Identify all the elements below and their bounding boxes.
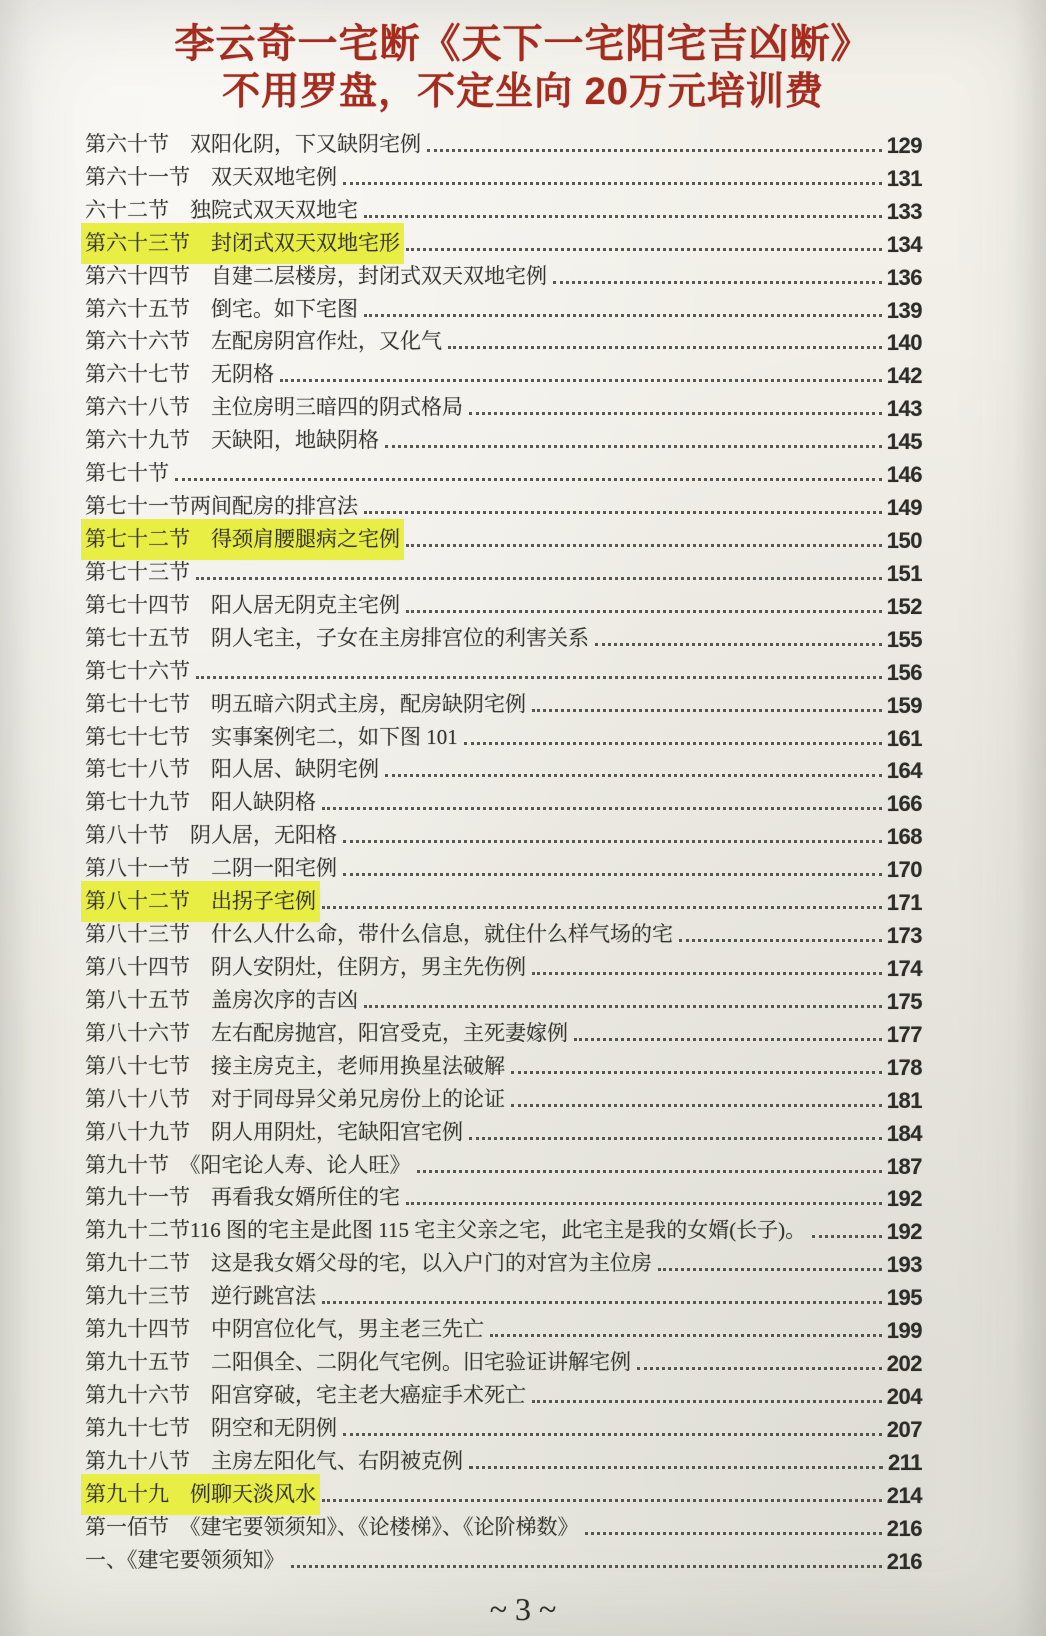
toc-dotted-leader xyxy=(343,840,882,843)
toc-entry: 第八十五节 盖房次序的吉凶 175 xyxy=(85,984,922,1017)
toc-entry-text: 第六十一节 双天双地宅例 xyxy=(85,161,337,194)
toc-dotted-leader xyxy=(469,412,882,415)
toc-entry: 第七十一节两间配房的排宫法 149 xyxy=(85,490,922,523)
toc-entry-text: 第七十一节两间配房的排宫法 xyxy=(85,490,358,523)
toc-entry: 第七十二节 得颈肩腰腿病之宅例 150 xyxy=(85,523,922,556)
toc-entry: 第八十一节 二阴一阳宅例 170 xyxy=(85,852,922,885)
toc-page-number: 192 xyxy=(887,1219,922,1247)
toc-entry-text: 一、《建宅要领须知》 xyxy=(85,1544,285,1577)
toc-entry: 六十二节 独院式双天双地宅 133 xyxy=(85,194,922,227)
toc-page-number: 149 xyxy=(887,495,922,523)
toc-page-number: 204 xyxy=(887,1384,922,1412)
toc-entry: 第六十一节 双天双地宅例 131 xyxy=(85,161,922,194)
toc-entry-text: 第九十六节 阳宫穿破，宅主老大癌症手术死亡 xyxy=(85,1379,526,1412)
toc-page-number: 178 xyxy=(887,1055,922,1083)
toc-page-number: 171 xyxy=(887,890,922,918)
toc-entry-text: 第九十二节116 图的宅主是此图 115 宅主父亲之宅，此宅主是我的女婿(长子)… xyxy=(85,1214,806,1247)
toc-entry-text: 第七十七节 明五暗六阴式主房，配房缺阴宅例 xyxy=(85,688,526,721)
toc-entry-text: 第九十四节 中阴宫位化气，男主老三先亡 xyxy=(85,1313,484,1346)
toc-entry: 第七十七节 实事案例宅二，如下图 101 161 xyxy=(85,721,922,754)
toc-entry-text: 第九十七节 阴空和无阴例 xyxy=(85,1412,337,1445)
toc-dotted-leader xyxy=(364,1005,882,1008)
toc-entry: 第九十六节 阳宫穿破，宅主老大癌症手术死亡 204 xyxy=(85,1379,922,1412)
toc-entry-text: 第七十八节 阳人居、缺阴宅例 xyxy=(85,753,379,786)
toc-dotted-leader xyxy=(511,1071,882,1074)
toc-entry-text: 第八十六节 左右配房抛宫，阳宫受克，主死妻嫁例 xyxy=(85,1017,568,1050)
toc-entry-text: 第九十九 例聊天淡风水 xyxy=(85,1478,316,1511)
toc-entry: 第九十一节 再看我女婿所住的宅 192 xyxy=(85,1182,922,1215)
toc-entry-text: 第八十八节 对于同母异父弟兄房份上的论证 xyxy=(85,1083,505,1116)
toc-dotted-leader xyxy=(406,1202,882,1205)
toc-entry: 第八十节 阴人居，无阳格 168 xyxy=(85,819,922,852)
toc-page-number: 193 xyxy=(887,1252,922,1280)
toc-dotted-leader xyxy=(322,1499,882,1502)
toc-dotted-leader xyxy=(343,1433,882,1436)
toc-dotted-leader xyxy=(196,577,882,580)
toc-entry: 第六十六节 左配房阴宫作灶，又化气 140 xyxy=(85,326,922,359)
toc-entry-text: 第六十九节 天缺阳，地缺阴格 xyxy=(85,424,379,457)
toc-entry-text: 第八十七节 接主房克主，老师用换星法破解 xyxy=(85,1050,505,1083)
toc-entry-text: 第六十三节 封闭式双天双地宅形 xyxy=(85,227,400,260)
toc-page-number: 139 xyxy=(887,298,922,326)
title-line-1: 李云奇一宅断《天下一宅阳宅吉凶断》 xyxy=(0,20,1046,68)
toc-page-number: 129 xyxy=(887,133,922,161)
toc-dotted-leader xyxy=(585,1532,882,1535)
toc-dotted-leader xyxy=(532,1400,882,1403)
toc-dotted-leader xyxy=(469,1137,882,1140)
toc-dotted-leader xyxy=(406,610,882,613)
toc-entry-text: 第八十四节 阴人安阴灶，住阴方，男主先伤例 xyxy=(85,951,526,984)
toc-entry: 第八十四节 阴人安阴灶，住阴方，男主先伤例 174 xyxy=(85,951,922,984)
toc-dotted-leader xyxy=(322,1301,882,1304)
title-line-2: 不用罗盘，不定坐向 20万元培训费 xyxy=(0,70,1046,116)
toc-page-number: 184 xyxy=(887,1121,922,1149)
toc-entry: 第六十三节 封闭式双天双地宅形 134 xyxy=(85,227,922,260)
toc-entry-text: 第七十七节 实事案例宅二，如下图 101 xyxy=(85,721,458,754)
toc-entry-text: 第九十八节 主房左阳化气、右阴被克例 xyxy=(85,1445,463,1478)
toc-dotted-leader xyxy=(532,709,882,712)
toc-entry-text: 第六十七节 无阴格 xyxy=(85,358,274,391)
toc-dotted-leader xyxy=(532,972,882,975)
toc-list: 第六十节 双阳化阴，下又缺阴宅例 129 第六十一节 双天双地宅例 131 六十… xyxy=(85,128,922,1577)
toc-dotted-leader xyxy=(595,643,882,646)
toc-page-number: 216 xyxy=(887,1516,922,1544)
toc-entry: 第九十四节 中阴宫位化气，男主老三先亡 199 xyxy=(85,1313,922,1346)
toc-page-number: 202 xyxy=(887,1351,922,1379)
toc-dotted-leader xyxy=(679,939,882,942)
toc-entry: 第九十三节 逆行跳宫法 195 xyxy=(85,1280,922,1313)
toc-entry: 第九十七节 阴空和无阴例 207 xyxy=(85,1412,922,1445)
toc-dotted-leader xyxy=(469,1466,883,1469)
toc-entry: 第七十节 146 xyxy=(85,457,922,490)
toc-entry-text: 第七十六节 xyxy=(85,655,190,688)
toc-page-number: 155 xyxy=(887,627,922,655)
toc-dotted-leader xyxy=(343,182,882,185)
toc-page-number: 146 xyxy=(887,462,922,490)
toc-page-number: 151 xyxy=(887,561,922,589)
toc-page-number: 133 xyxy=(887,199,922,227)
toc-entry: 第八十八节 对于同母异父弟兄房份上的论证 181 xyxy=(85,1083,922,1116)
toc-entry-text: 第六十四节 自建二层楼房，封闭式双天双地宅例 xyxy=(85,260,547,293)
toc-page-number: 159 xyxy=(887,693,922,721)
toc-entry: 第七十六节 156 xyxy=(85,655,922,688)
toc-entry: 第八十二节 出拐子宅例 171 xyxy=(85,885,922,918)
toc-page-number: 166 xyxy=(887,791,922,819)
toc-entry-text: 第八十九节 阴人用阴灶，宅缺阳宫宅例 xyxy=(85,1116,463,1149)
toc-dotted-leader xyxy=(406,544,882,547)
book-page: 李云奇一宅断《天下一宅阳宅吉凶断》 不用罗盘，不定坐向 20万元培训费 第六十节… xyxy=(0,0,1046,1636)
toc-entry: 第九十八节 主房左阳化气、右阴被克例 211 xyxy=(85,1445,922,1478)
toc-dotted-leader xyxy=(812,1235,882,1238)
toc-dotted-leader xyxy=(364,314,882,317)
toc-dotted-leader xyxy=(280,379,882,382)
toc-page-number: 136 xyxy=(887,265,922,293)
toc-dotted-leader xyxy=(385,774,882,777)
toc-page-number: 174 xyxy=(887,956,922,984)
toc-entry: 第八十三节 什么人什么命，带什么信息，就住什么样气场的宅 173 xyxy=(85,918,922,951)
toc-entry: 第九十二节116 图的宅主是此图 115 宅主父亲之宅，此宅主是我的女婿(长子)… xyxy=(85,1214,922,1247)
toc-page-number: 145 xyxy=(887,429,922,457)
toc-entry-text: 第七十二节 得颈肩腰腿病之宅例 xyxy=(85,523,400,556)
toc-dotted-leader xyxy=(574,1038,882,1041)
toc-entry-text: 第九十三节 逆行跳宫法 xyxy=(85,1280,316,1313)
toc-entry: 第八十六节 左右配房抛宫，阳宫受克，主死妻嫁例 177 xyxy=(85,1017,922,1050)
page-number-footer: ~ 3 ~ xyxy=(0,1591,1046,1628)
toc-entry: 第七十八节 阳人居、缺阴宅例 164 xyxy=(85,754,922,787)
toc-dotted-leader xyxy=(417,1170,882,1173)
toc-entry: 第七十九节 阳人缺阴格 166 xyxy=(85,786,922,819)
toc-page-number: 142 xyxy=(887,363,922,391)
toc-dotted-leader xyxy=(637,1367,882,1370)
toc-entry: 第七十七节 明五暗六阴式主房，配房缺阴宅例 159 xyxy=(85,688,922,721)
toc-entry-text: 第七十四节 阳人居无阴克主宅例 xyxy=(85,589,400,622)
toc-entry: 第七十五节 阴人宅主，子女在主房排宫位的利害关系 155 xyxy=(85,622,922,655)
toc-entry-text: 第八十节 阴人居，无阳格 xyxy=(85,819,337,852)
toc-dotted-leader xyxy=(406,248,882,251)
toc-page-number: 211 xyxy=(888,1450,922,1478)
toc-entry-text: 六十二节 独院式双天双地宅 xyxy=(85,194,358,227)
toc-page-number: 173 xyxy=(887,923,922,951)
toc-dotted-leader xyxy=(364,511,882,514)
toc-entry: 第七十三节 151 xyxy=(85,556,922,589)
toc-entry-text: 第七十九节 阳人缺阴格 xyxy=(85,786,316,819)
toc-dotted-leader xyxy=(427,149,882,152)
toc-entry: 第九十五节 二阳俱全、二阴化气宅例。旧宅验证讲解宅例 202 xyxy=(85,1346,922,1379)
toc-entry-text: 第六十节 双阳化阴，下又缺阴宅例 xyxy=(85,128,421,161)
toc-page-number: 134 xyxy=(887,232,922,260)
toc-page-number: 168 xyxy=(887,824,922,852)
toc-page-number: 152 xyxy=(887,594,922,622)
toc-entry-text: 第八十一节 二阴一阳宅例 xyxy=(85,852,337,885)
toc-page-number: 181 xyxy=(887,1088,922,1116)
toc-page-number: 161 xyxy=(887,726,922,754)
toc-dotted-leader xyxy=(196,676,882,679)
toc-entry-text: 第九十节 《阳宅论人寿、论人旺》 xyxy=(85,1149,411,1182)
toc-page-number: 207 xyxy=(887,1417,922,1445)
toc-entry: 第七十四节 阳人居无阴克主宅例 152 xyxy=(85,589,922,622)
toc-entry: 第六十八节 主位房明三暗四的阴式格局 143 xyxy=(85,391,922,424)
toc-page-number: 214 xyxy=(887,1483,922,1511)
toc-entry-text: 第八十二节 出拐子宅例 xyxy=(85,885,316,918)
toc-page-number: 177 xyxy=(887,1022,922,1050)
toc-entry-text: 第八十三节 什么人什么命，带什么信息，就住什么样气场的宅 xyxy=(85,918,673,951)
toc-entry-text: 第七十节 xyxy=(85,457,169,490)
toc-entry-text: 第六十六节 左配房阴宫作灶，又化气 xyxy=(85,325,442,358)
toc-dotted-leader xyxy=(490,1334,882,1337)
toc-page-number: 195 xyxy=(887,1285,922,1313)
toc-entry-text: 第九十五节 二阳俱全、二阴化气宅例。旧宅验证讲解宅例 xyxy=(85,1346,631,1379)
toc-page-number: 156 xyxy=(887,660,922,688)
toc-dotted-leader xyxy=(291,1565,882,1568)
toc-page-number: 216 xyxy=(887,1549,922,1577)
toc-entry-text: 第七十五节 阴人宅主，子女在主房排宫位的利害关系 xyxy=(85,622,589,655)
toc-entry: 第九十二节 这是我女婿父母的宅，以入户门的对宫为主位房 193 xyxy=(85,1247,922,1280)
toc-page-number: 140 xyxy=(887,330,922,358)
toc-entry: 一、《建宅要领须知》 216 xyxy=(85,1544,922,1577)
toc-entry-text: 第一佰节 《建宅要领须知》、《论楼梯》、《论阶梯数》 xyxy=(85,1511,579,1544)
toc-dotted-leader xyxy=(385,445,882,448)
toc-dotted-leader xyxy=(322,807,882,810)
toc-page-number: 131 xyxy=(887,166,922,194)
toc-dotted-leader xyxy=(175,478,882,481)
toc-page-number: 187 xyxy=(887,1154,922,1182)
toc-page-number: 175 xyxy=(887,989,922,1017)
toc-entry: 第六十四节 自建二层楼房，封闭式双天双地宅例 136 xyxy=(85,260,922,293)
toc-page-number: 143 xyxy=(887,396,922,424)
toc-entry: 第六十五节 倒宅。如下宅图 139 xyxy=(85,293,922,326)
toc-entry-text: 第八十五节 盖房次序的吉凶 xyxy=(85,984,358,1017)
toc-page-number: 170 xyxy=(887,857,922,885)
toc-page-number: 164 xyxy=(887,758,922,786)
toc-entry: 第九十九 例聊天淡风水 214 xyxy=(85,1478,922,1511)
toc-entry: 第六十九节 天缺阳，地缺阴格 145 xyxy=(85,424,922,457)
toc-dotted-leader xyxy=(658,1268,882,1271)
toc-entry: 第八十七节 接主房克主，老师用换星法破解 178 xyxy=(85,1050,922,1083)
toc-dotted-leader xyxy=(464,742,882,745)
toc-entry: 第六十节 双阳化阴，下又缺阴宅例 129 xyxy=(85,128,922,161)
toc-entry: 第九十节 《阳宅论人寿、论人旺》 187 xyxy=(85,1149,922,1182)
toc-entry: 第八十九节 阴人用阴灶，宅缺阳宫宅例 184 xyxy=(85,1116,922,1149)
toc-dotted-leader xyxy=(322,906,882,909)
toc-entry-text: 第九十二节 这是我女婿父母的宅，以入户门的对宫为主位房 xyxy=(85,1247,652,1280)
toc-entry-text: 第七十三节 xyxy=(85,556,190,589)
toc-dotted-leader xyxy=(553,281,882,284)
toc-dotted-leader xyxy=(511,1104,882,1107)
toc-entry-text: 第六十五节 倒宅。如下宅图 xyxy=(85,293,358,326)
toc-entry: 第一佰节 《建宅要领须知》、《论楼梯》、《论阶梯数》 216 xyxy=(85,1511,922,1544)
toc-page-number: 192 xyxy=(887,1186,922,1214)
toc-entry-text: 第九十一节 再看我女婿所住的宅 xyxy=(85,1181,400,1214)
toc-dotted-leader xyxy=(343,873,882,876)
toc-page-number: 199 xyxy=(887,1318,922,1346)
page-title: 李云奇一宅断《天下一宅阳宅吉凶断》 不用罗盘，不定坐向 20万元培训费 xyxy=(0,20,1046,116)
toc-dotted-leader xyxy=(448,346,882,349)
toc-dotted-leader xyxy=(364,215,882,218)
toc-page-number: 150 xyxy=(887,528,922,556)
toc-entry-text: 第六十八节 主位房明三暗四的阴式格局 xyxy=(85,391,463,424)
toc-entry: 第六十七节 无阴格 142 xyxy=(85,358,922,391)
